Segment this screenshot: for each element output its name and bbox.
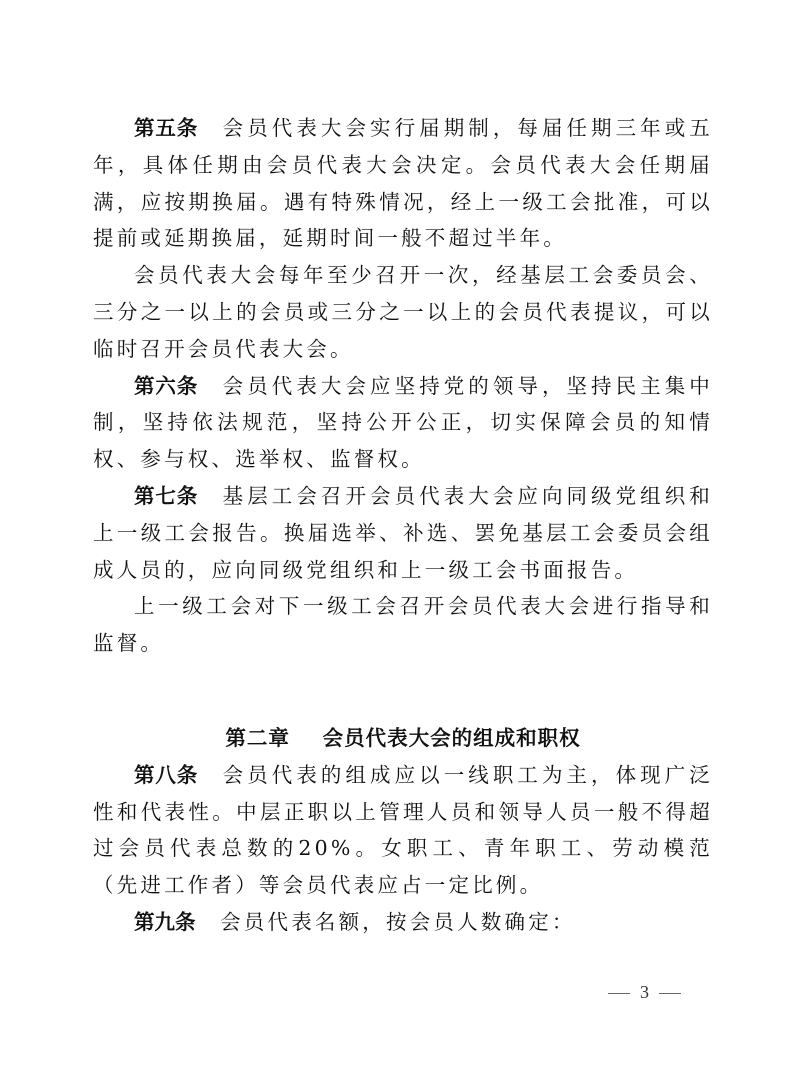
article-8: 第八条会员代表的组成应以一线职工为主，体现广泛性和代表性。中层正职以上管理人员和… xyxy=(93,757,713,904)
article-7-paragraph-2: 上一级工会对下一级工会召开会员代表大会进行指导和监督。 xyxy=(93,588,713,662)
article-6: 第六条会员代表大会应坚持党的领导，坚持民主集中制，坚持依法规范，坚持公开公正，切… xyxy=(93,368,713,478)
article-9: 第九条会员代表名额，按会员人数确定： xyxy=(93,904,713,941)
page-number-value: 3 xyxy=(640,982,649,1002)
dash-right xyxy=(659,993,681,994)
article-5-paragraph-2: 会员代表大会每年至少召开一次，经基层工会委员会、三分之一以上的会员或三分之一以上… xyxy=(93,257,713,367)
article-5: 第五条会员代表大会实行届期制，每届任期三年或五年，具体任期由会员代表大会决定。会… xyxy=(93,110,713,257)
document-page: 第五条会员代表大会实行届期制，每届任期三年或五年，具体任期由会员代表大会决定。会… xyxy=(93,110,713,941)
article-9-heading: 第九条 xyxy=(134,910,196,934)
article-5-heading: 第五条 xyxy=(134,116,198,140)
chapter-heading: 第二章会员代表大会的组成和职权 xyxy=(93,720,713,757)
article-9-text: 会员代表名额，按会员人数确定： xyxy=(220,910,576,934)
article-8-heading: 第八条 xyxy=(134,763,198,787)
article-7-heading: 第七条 xyxy=(134,484,198,508)
page-number: 3 xyxy=(598,982,691,1003)
chapter-title: 会员代表大会的组成和职权 xyxy=(323,726,581,750)
article-6-heading: 第六条 xyxy=(134,374,198,398)
dash-left xyxy=(608,993,630,994)
chapter-number: 第二章 xyxy=(225,726,290,750)
article-7: 第七条基层工会召开会员代表大会应向同级党组织和上一级工会报告。换届选举、补选、罢… xyxy=(93,478,713,588)
